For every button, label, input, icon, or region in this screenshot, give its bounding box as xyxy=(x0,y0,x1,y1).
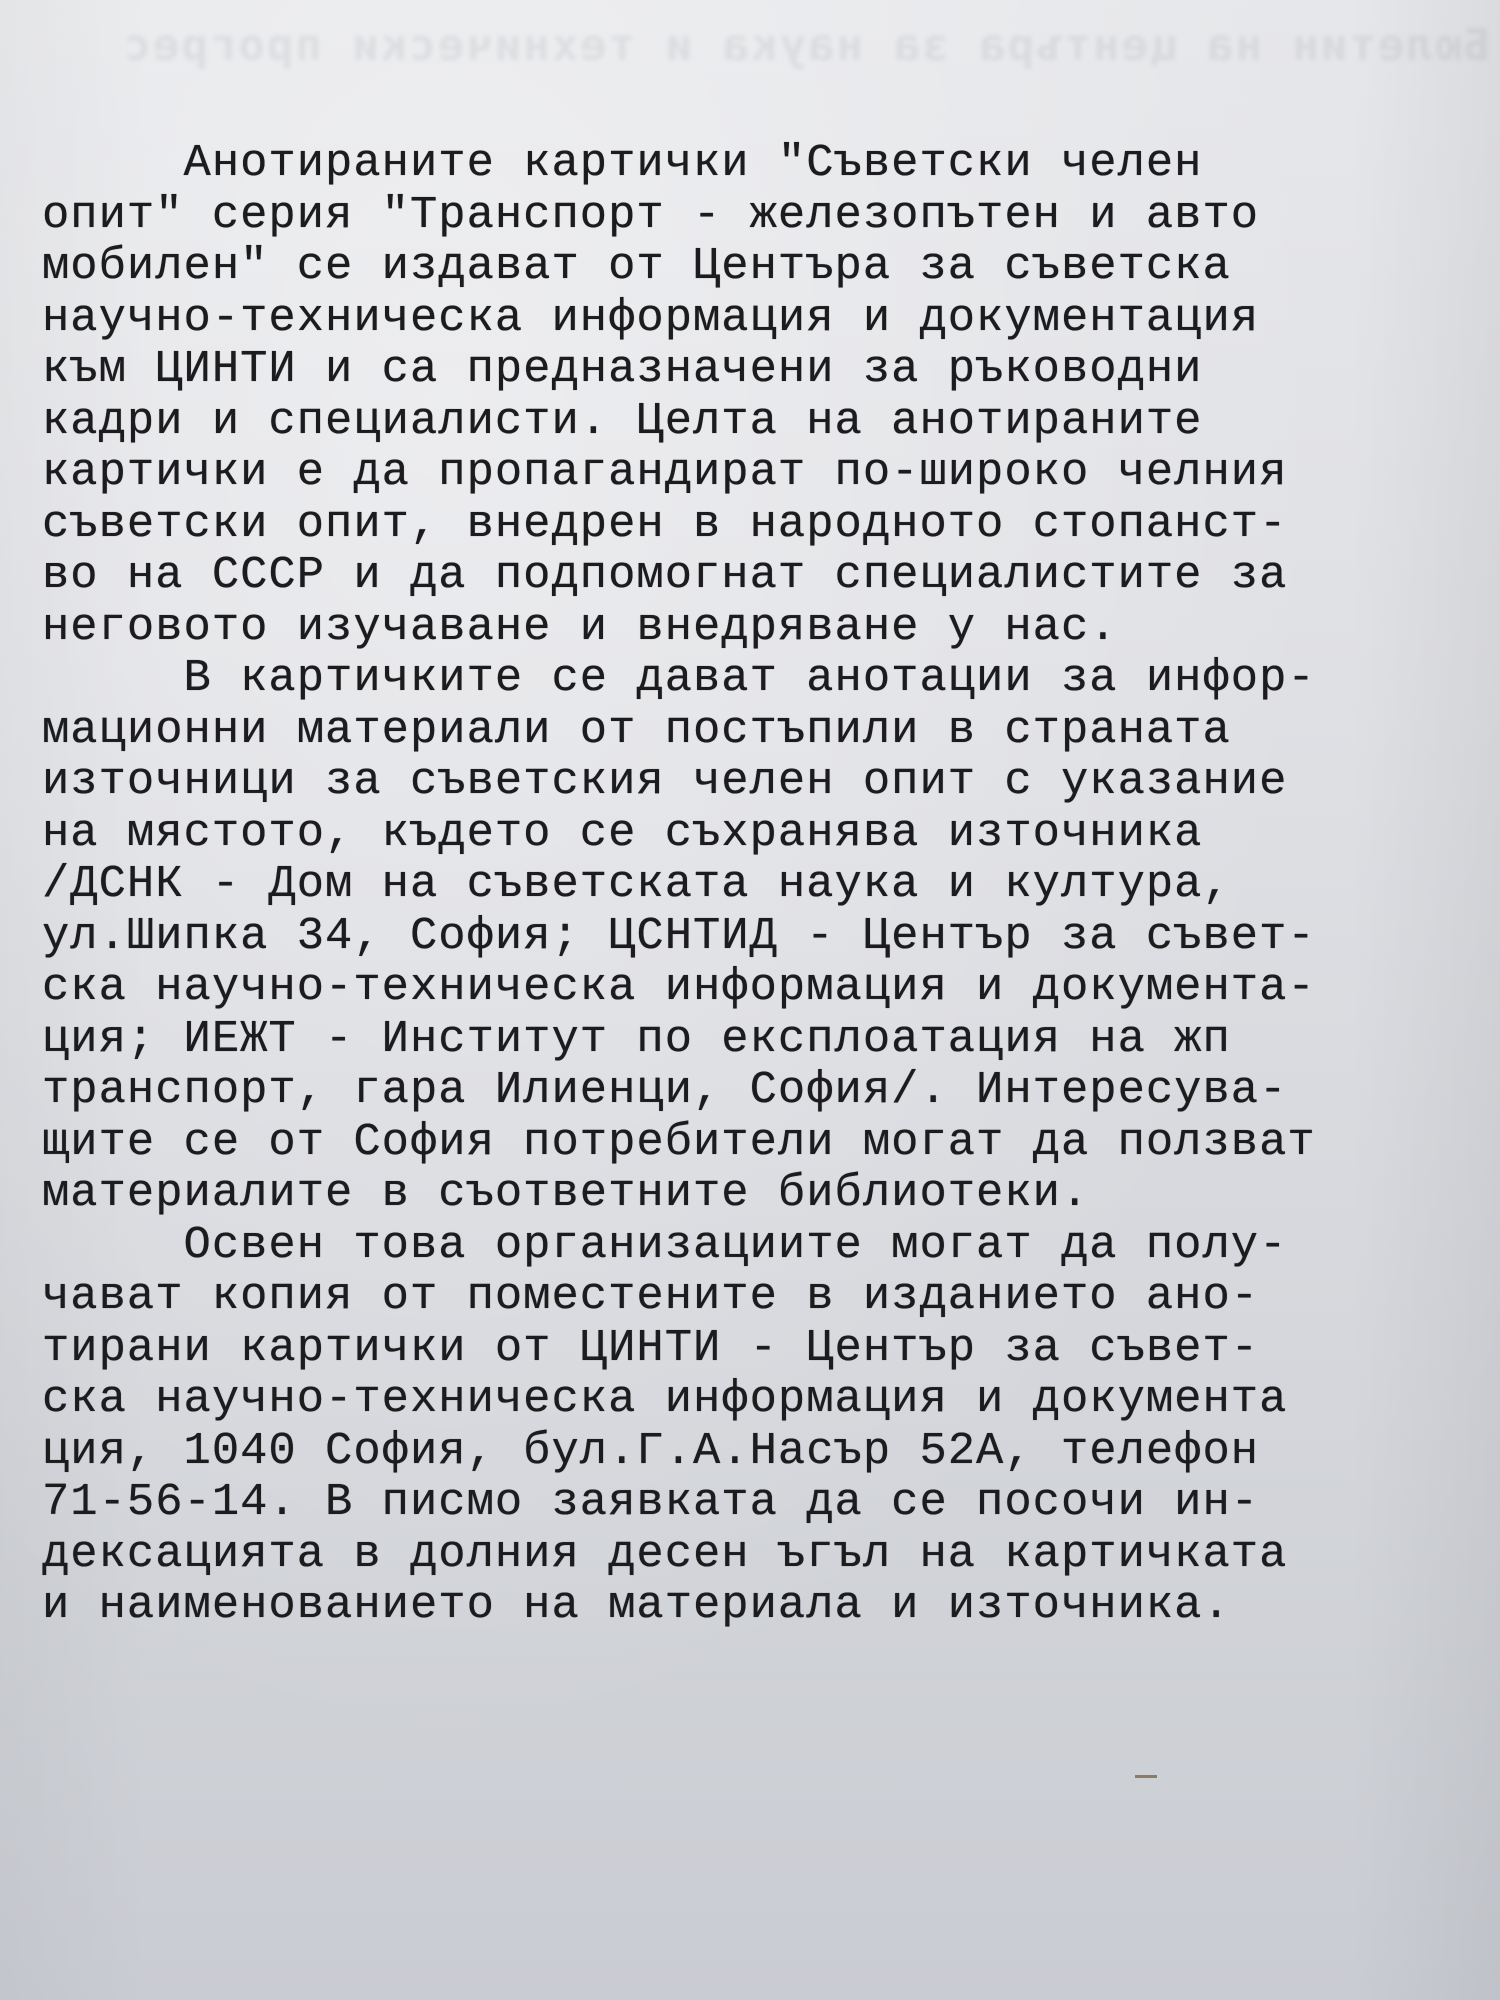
text-line: щите се от София потребители могат да по… xyxy=(42,1117,1482,1169)
text-line: /ДСНК - Дом на съветската наука и култур… xyxy=(42,859,1482,911)
text-line: Освен това организациите могат да полу- xyxy=(42,1220,1482,1272)
text-line: научно-техническа информация и документа… xyxy=(42,293,1482,345)
text-line: В картичките се дават анотации за инфор- xyxy=(42,653,1482,705)
text-line: 71-56-14. В писмо заявката да се посочи … xyxy=(42,1477,1482,1529)
text-line: мационни материали от постъпили в страна… xyxy=(42,705,1482,757)
typewritten-page: Бюлетин на центъра за наука и технически… xyxy=(0,0,1500,2000)
text-line: Анотираните картички "Съветски челен xyxy=(42,138,1482,190)
text-line: ска научно-техническа информация и докум… xyxy=(42,962,1482,1014)
text-line: ска научно-техническа информация и докум… xyxy=(42,1374,1482,1426)
text-line: източници за съветския челен опит с указ… xyxy=(42,756,1482,808)
text-line: опит" серия "Транспорт - железопътен и а… xyxy=(42,190,1482,242)
text-line: и наименованието на материала и източник… xyxy=(42,1580,1482,1632)
text-line: ул.Шипка 34, София; ЦСНТИД - Център за с… xyxy=(42,911,1482,963)
text-line: неговото изучаване и внедряване у нас. xyxy=(42,602,1482,654)
text-line: картички е да пропагандират по-широко че… xyxy=(42,447,1482,499)
text-line: ция; ИЕЖТ - Институт по експлоатация на … xyxy=(42,1014,1482,1066)
text-line: кадри и специалисти. Целта на анотиранит… xyxy=(42,396,1482,448)
text-line: транспорт, гара Илиенци, София/. Интерес… xyxy=(42,1065,1482,1117)
text-line: во на СССР и да подпомогнат специалистит… xyxy=(42,550,1482,602)
text-line: материалите в съответните библиотеки. xyxy=(42,1168,1482,1220)
paper-speck xyxy=(1135,1775,1157,1778)
text-line: чават копия от поместените в изданието а… xyxy=(42,1271,1482,1323)
text-line: ция, 1040 София, бул.Г.А.Насър 52А, теле… xyxy=(42,1426,1482,1478)
text-line: на мястото, където се съхранява източник… xyxy=(42,808,1482,860)
text-line: тирани картички от ЦИНТИ - Център за съв… xyxy=(42,1323,1482,1375)
text-line: мобилен" се издават от Центъра за съветс… xyxy=(42,241,1482,293)
text-line: дексацията в долния десен ъгъл на картич… xyxy=(42,1529,1482,1581)
paragraph-3: Освен това организациите могат да полу- … xyxy=(42,1220,1482,1632)
text-line: към ЦИНТИ и са предназначени за ръководн… xyxy=(42,344,1482,396)
bleed-through-header: Бюлетин на центъра за наука и технически… xyxy=(10,20,1490,71)
paragraph-2: В картичките се дават анотации за инфор-… xyxy=(42,653,1482,1220)
paragraph-1: Анотираните картички "Съветски челен опи… xyxy=(42,138,1482,653)
document-body: Анотираните картички "Съветски челен опи… xyxy=(42,138,1482,1632)
text-line: съветски опит, внедрен в народното стопа… xyxy=(42,499,1482,551)
